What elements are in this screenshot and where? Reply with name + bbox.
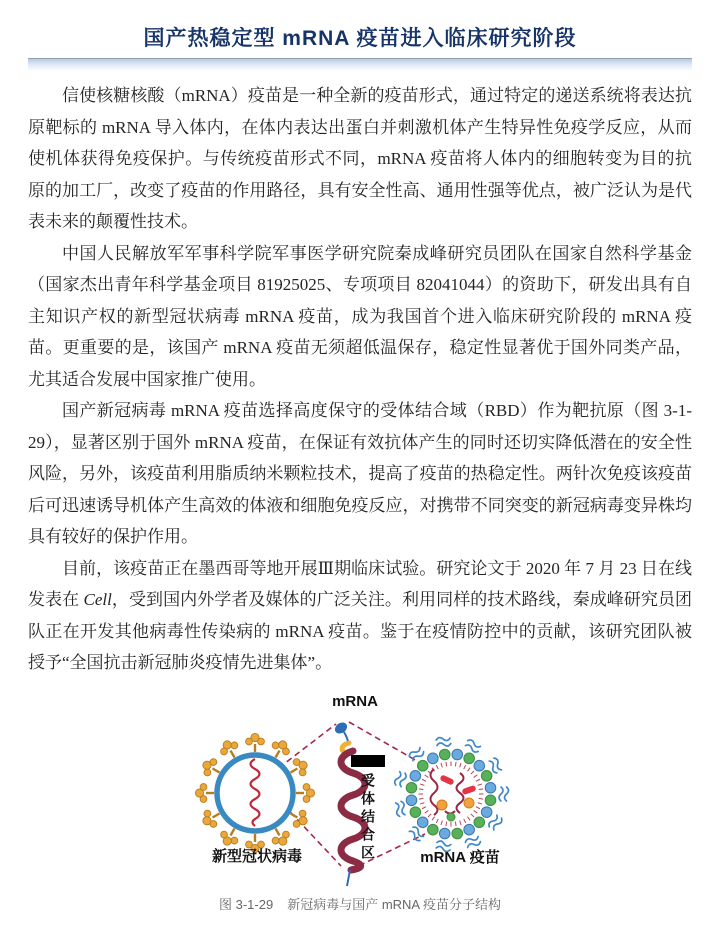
figure-caption-number: 图 3-1-29 <box>219 897 273 912</box>
figure-caption: 图 3-1-29新冠病毒与国产 mRNA 疫苗分子结构 <box>28 897 692 913</box>
paragraph-1: 信使核糖核酸（mRNA）疫苗是一种全新的疫苗形式，通过特定的递送系统将表达抗原靶… <box>28 80 692 238</box>
figure-label-rbd: 受体结合区 <box>358 773 378 863</box>
vaccine-lipid-dot-icon <box>464 798 474 808</box>
paragraph-4-text-after: ，受到国内外学者及媒体的广泛关注。利用同样的技术路线，秦成峰研究员团队正在开发其… <box>28 590 692 672</box>
figure-label-vaccine: mRNA 疫苗 <box>398 849 522 867</box>
document-page: 国产热稳定型 mRNA 疫苗进入临床研究阶段 信使核糖核酸（mRNA）疫苗是一种… <box>0 0 720 934</box>
vaccine-peg-lipids <box>394 736 509 852</box>
vaccine-mrna-strand-icon <box>457 773 464 813</box>
paragraph-4: 目前，该疫苗正在墨西哥等地开展Ⅲ期临床试验。研究论文于 2020 年 7 月 2… <box>28 553 692 679</box>
vaccine-mrna-strand-icon <box>431 769 438 815</box>
page-title: 国产热稳定型 mRNA 疫苗进入临床研究阶段 <box>28 26 692 52</box>
title-divider <box>28 58 692 71</box>
journal-name: Cell <box>84 590 112 609</box>
mrna-vaccine-particle-icon <box>394 736 509 852</box>
paragraph-3: 国产新冠病毒 mRNA 疫苗选择高度保守的受体结合域（RBD）作为靶抗原（图 3… <box>28 395 692 553</box>
article-body: 信使核糖核酸（mRNA）疫苗是一种全新的疫苗形式，通过特定的递送系统将表达抗原靶… <box>28 80 692 679</box>
vaccine-lipid-dot-icon <box>437 800 447 810</box>
vaccine-lipid-pill-icon <box>439 774 454 785</box>
vaccine-lipid-pill-icon <box>461 784 476 794</box>
figure-label-mrna: mRNA <box>318 693 392 711</box>
mrna-cap-icon <box>333 720 349 736</box>
figure-3-1-29: mRNA 受体结合区 新型冠状病毒 mRNA 疫苗 <box>150 693 570 888</box>
rbd-marker-icon <box>351 755 385 767</box>
coronavirus-icon <box>195 733 314 852</box>
figure-caption-text: 新冠病毒与国产 mRNA 疫苗分子结构 <box>287 897 501 912</box>
figure-label-virus: 新型冠状病毒 <box>190 848 324 866</box>
paragraph-2: 中国人民解放军军事科学院军事医学研究院秦成峰研究员团队在国家自然科学基金（国家杰… <box>28 238 692 396</box>
